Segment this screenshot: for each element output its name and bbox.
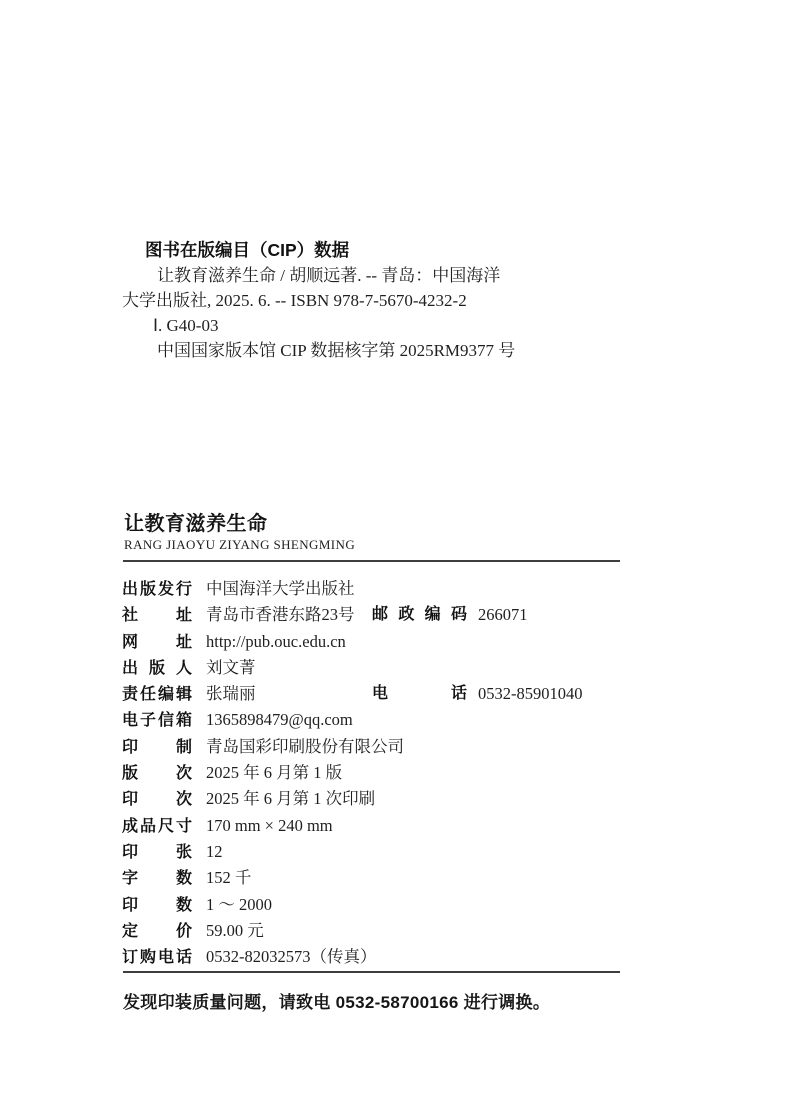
row-value: 张瑞丽 [206, 684, 256, 703]
row-value: 152 千 [206, 868, 251, 887]
row-value: 1 ～ 2000 [206, 895, 272, 914]
colophon-row: 电子信箱1365898479@qq.com [122, 707, 642, 733]
row-label: 字数 [122, 866, 192, 892]
row-label: 印次 [122, 787, 192, 813]
row-label: 订购电话 [122, 945, 192, 971]
colophon-row: 印次2025 年 6 月第 1 次印刷 [122, 786, 642, 812]
row-secondary-label: 电话 [372, 681, 467, 707]
divider-top [123, 560, 620, 562]
row-value: 2025 年 6 月第 1 版 [206, 763, 342, 782]
row-label: 社址 [122, 603, 192, 629]
book-title-pinyin: RANG JIAOYU ZIYANG SHENGMING [124, 537, 355, 553]
row-label: 责任编辑 [122, 682, 192, 708]
row-label: 印制 [122, 735, 192, 761]
colophon-row: 订购电话0532-82032573（传真） [122, 944, 642, 970]
row-label: 电子信箱 [122, 708, 192, 734]
row-value: 0532-82032573（传真） [206, 947, 377, 966]
colophon-row: 印数1 ～ 2000 [122, 892, 642, 918]
colophon-row: 出版人刘文菁 [122, 655, 642, 681]
quality-notice: 发现印装质量问题，请致电 0532-58700166 进行调换。 [123, 988, 550, 1013]
colophon-row: 社址青岛市香港东路23号 邮政编码 266071 [122, 602, 642, 628]
row-value: 12 [206, 842, 223, 861]
cip-line-title-author: 让教育滋养生命 / 胡顺远著. -- 青岛：中国海洋 [122, 263, 602, 288]
divider-bottom [123, 971, 620, 973]
row-secondary-value: 0532-85901040 [478, 681, 583, 707]
cip-heading: 图书在版编目（CIP）数据 [122, 238, 602, 263]
colophon-row: 印制青岛国彩印刷股份有限公司 [122, 734, 642, 760]
row-secondary-label: 邮政编码 [372, 602, 467, 628]
colophon-row: 网址http://pub.ouc.edu.cn [122, 629, 642, 655]
colophon-row: 定价59.00 元 [122, 918, 642, 944]
row-label: 成品尺寸 [122, 814, 192, 840]
row-value: 刘文菁 [206, 658, 256, 677]
row-secondary-value: 266071 [478, 602, 528, 628]
colophon-row: 成品尺寸170 mm × 240 mm [122, 813, 642, 839]
colophon-row: 版次2025 年 6 月第 1 版 [122, 760, 642, 786]
colophon-row: 出版发行中国海洋大学出版社 [122, 576, 642, 602]
colophon-row: 责任编辑张瑞丽 电话 0532-85901040 [122, 681, 642, 707]
cip-line-isbn: 大学出版社, 2025. 6. -- ISBN 978-7-5670-4232-… [122, 288, 602, 313]
row-label: 出版人 [122, 656, 192, 682]
row-label: 版次 [122, 761, 192, 787]
cip-line-record-number: 中国国家版本馆 CIP 数据核字第 2025RM9377 号 [122, 338, 602, 363]
cip-line-classification: Ⅰ. G40-03 [122, 313, 602, 338]
colophon-list: 出版发行中国海洋大学出版社 社址青岛市香港东路23号 邮政编码 266071 网… [122, 576, 642, 970]
row-label: 网址 [122, 630, 192, 656]
row-value: 2025 年 6 月第 1 次印刷 [206, 789, 375, 808]
row-value: 青岛市香港东路23号 [206, 605, 355, 624]
cip-block: 图书在版编目（CIP）数据 让教育滋养生命 / 胡顺远著. -- 青岛：中国海洋… [122, 238, 602, 363]
book-title: 让教育滋养生命 [124, 507, 268, 536]
row-label: 定价 [122, 919, 192, 945]
row-label: 印数 [122, 893, 192, 919]
row-value: 中国海洋大学出版社 [206, 579, 355, 598]
colophon-row: 印张12 [122, 839, 642, 865]
row-value: 1365898479@qq.com [206, 710, 353, 729]
row-value: 59.00 元 [206, 921, 264, 940]
row-value: 青岛国彩印刷股份有限公司 [206, 737, 404, 756]
row-label: 出版发行 [122, 577, 192, 603]
row-label: 印张 [122, 840, 192, 866]
colophon-row: 字数152 千 [122, 865, 642, 891]
row-value: 170 mm × 240 mm [206, 816, 333, 835]
row-value: http://pub.ouc.edu.cn [206, 632, 346, 651]
